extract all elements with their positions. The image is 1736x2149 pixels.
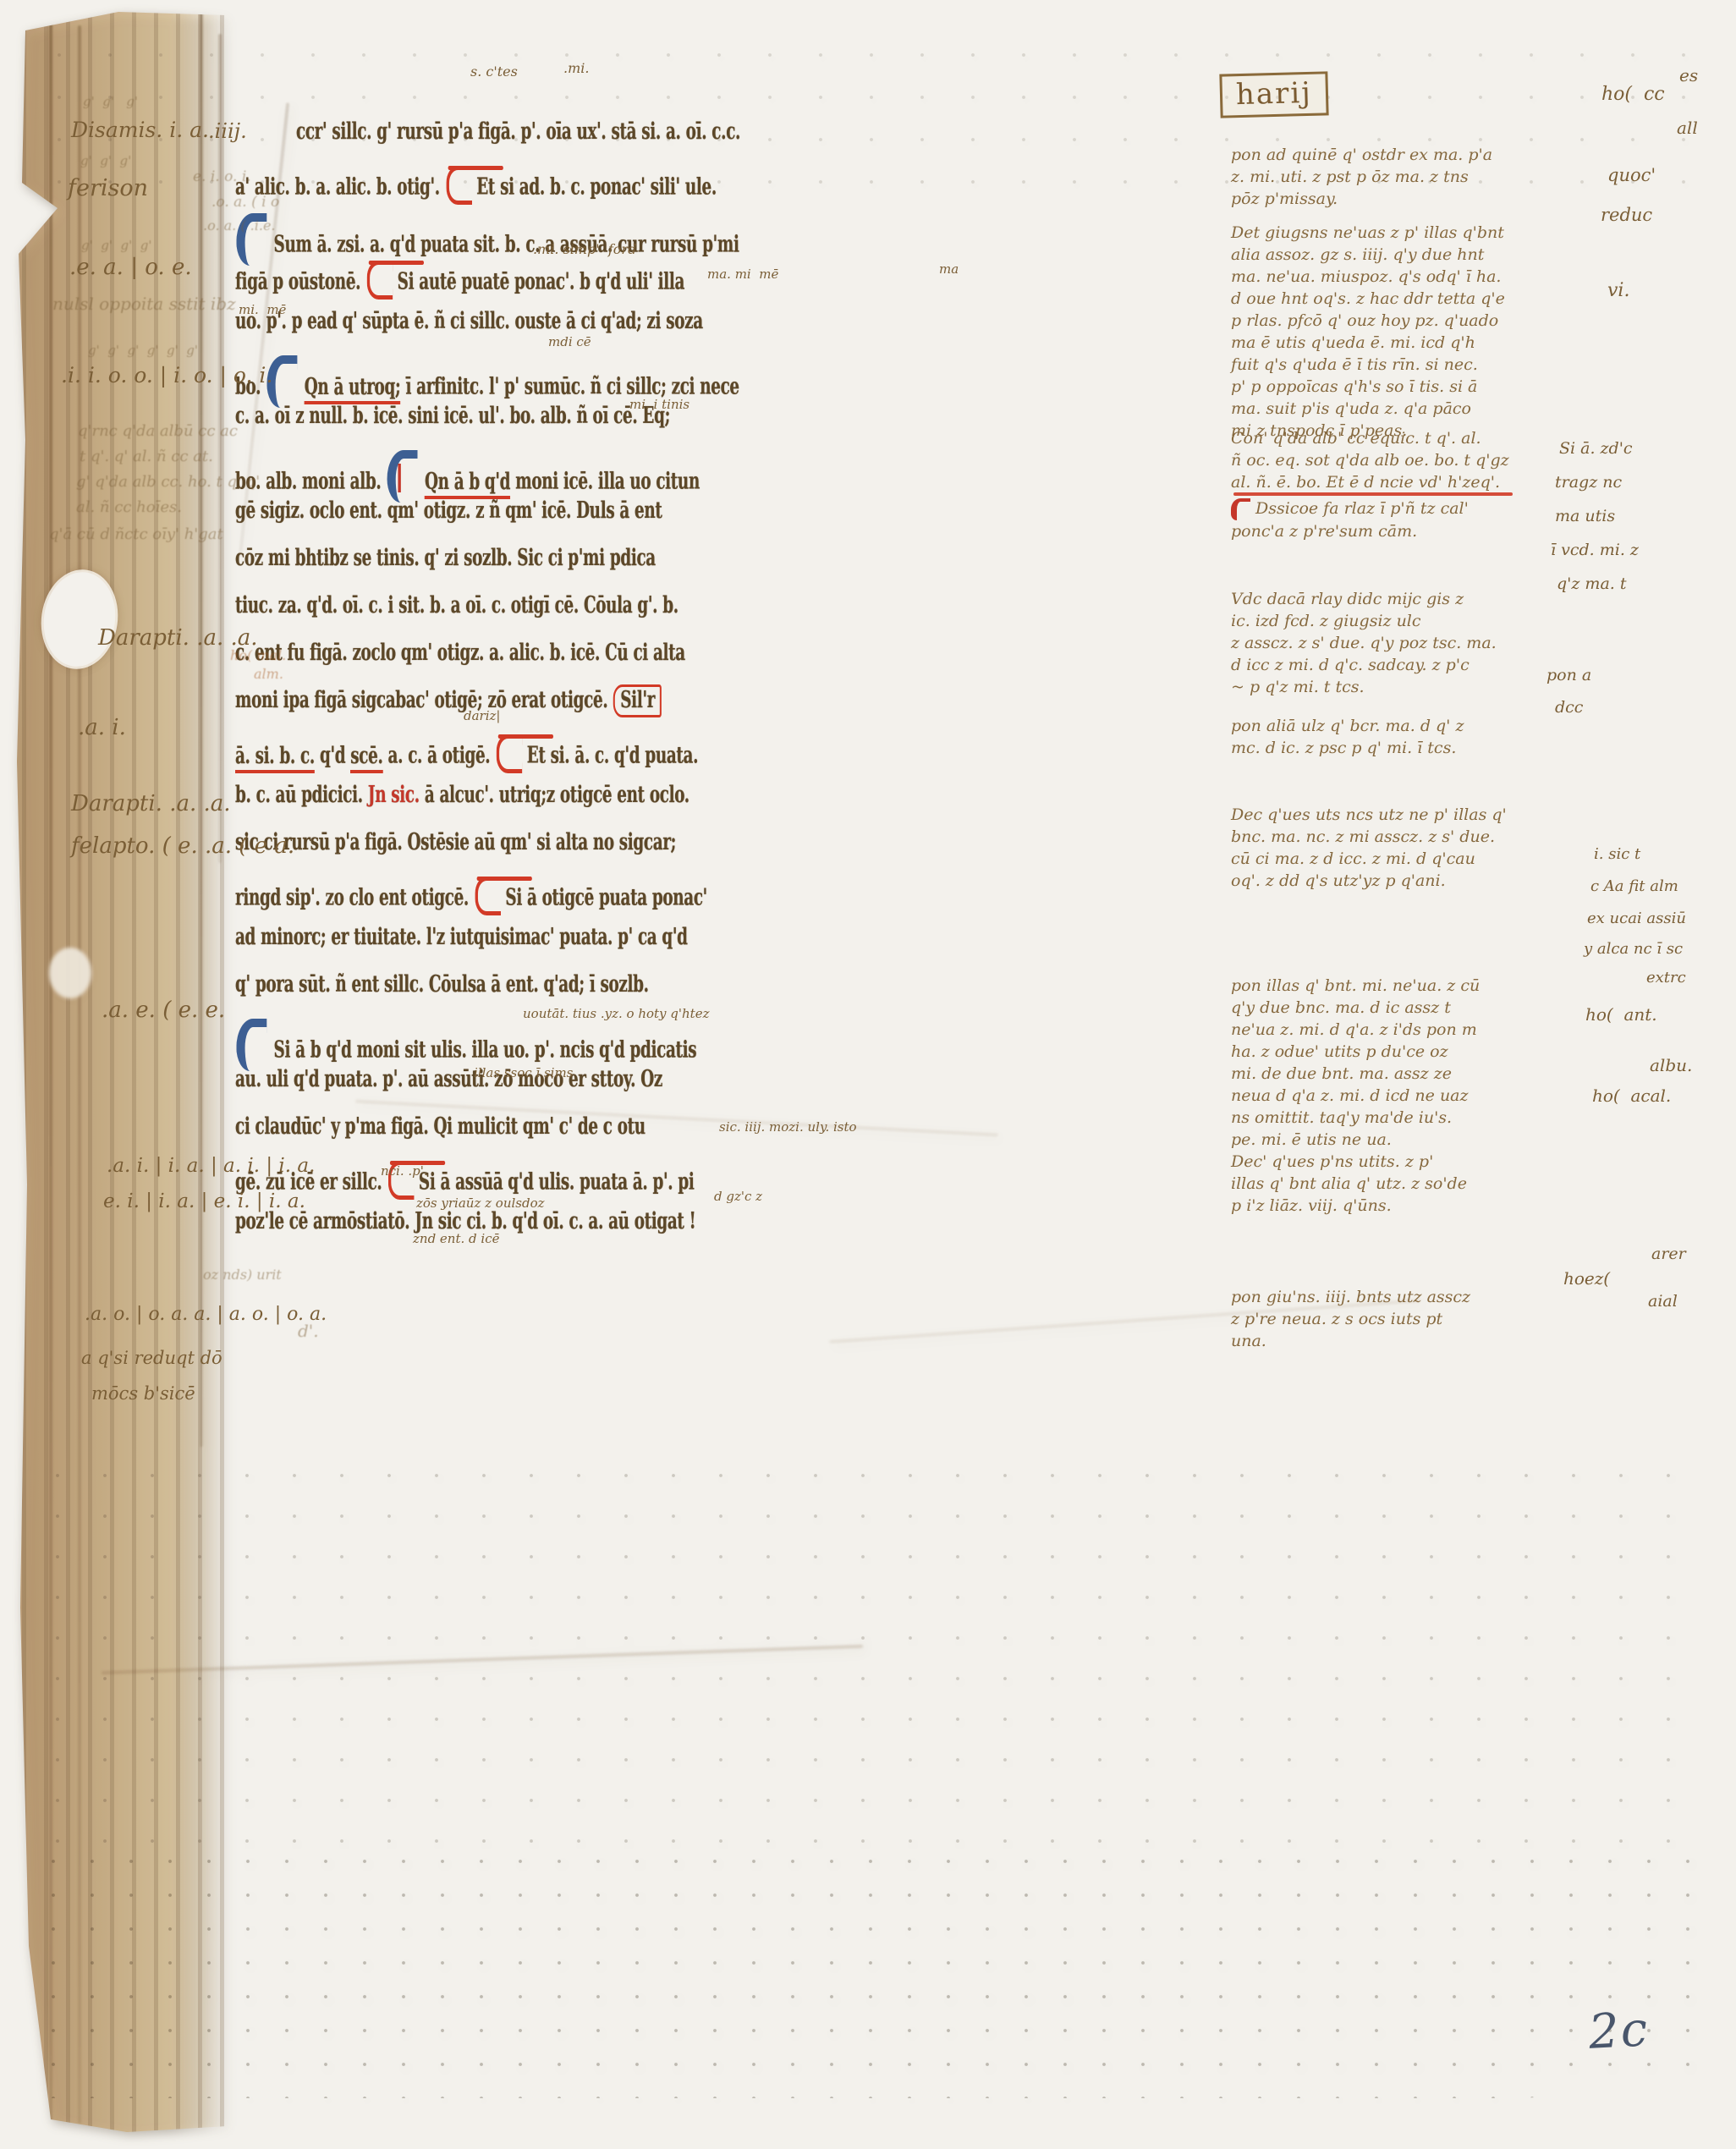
margin-note: e. i. o. i. (193, 169, 251, 185)
gloss-line: Dec' q'ues p'ns utits. z p' (1231, 1151, 1467, 1173)
gloss-line: pon giu'ns. iiij. bnts utz asscz (1231, 1286, 1470, 1308)
text-segment: b. c. aū pdicici. (235, 782, 368, 808)
margin-note: alm. (254, 667, 283, 682)
gloss-line: pon ad quinē q' ostdr ex ma. p'a (1231, 144, 1492, 166)
gloss-line: ha. z odue' utits p du'ce oz (1231, 1041, 1480, 1063)
blue-pilcrow-icon (236, 1019, 266, 1071)
margin-note: dcc (1555, 699, 1583, 717)
text-segment: cōz mi bhtibz se tinis. q' zi sozlb. Sic… (235, 545, 656, 571)
margin-note: q'rnc q'da albū cc ac (78, 423, 238, 440)
quire-mark-label: harij (1235, 76, 1312, 112)
margin-note: .mi. (563, 61, 589, 76)
gloss-paragraph: Vdc dacā rlay didc mijc gis zic. izd fcd… (1231, 588, 1497, 698)
gloss-line: ñ oc. eq. sot q'da alb oe. bo. t q'gz (1231, 449, 1509, 471)
text-segment: ī arfinitc. l' p' sumūc. ñ ci sillc; zci… (400, 374, 739, 400)
margin-note: tragz nc (1555, 474, 1622, 492)
parchment-pores (34, 1455, 1702, 1844)
gloss-line: Dec q'ues uts ncs utz ne p' illas q' (1231, 804, 1507, 826)
text-segment: a. c. ā otigē. (383, 743, 496, 769)
margin-note: albu. (1650, 1056, 1692, 1074)
text-segment: tiuc. za. q'd. oī. c. i sit. b. a oī. c.… (235, 592, 678, 618)
text-line: gē sigiz. oclo ent. qm' otigz. z ñ qm' i… (235, 497, 662, 524)
margin-note: g' g' g' (83, 95, 138, 109)
margin-note: ho( ant. (1585, 1005, 1657, 1024)
margin-note: dariz| (464, 709, 500, 723)
margin-note: g' q'da alb cc. ho. t q' q' (76, 474, 260, 491)
text-segment: scē. (350, 743, 382, 773)
margin-note: .a. i. | i. a. | a. i. | i. a. (107, 1156, 315, 1178)
margin-note: ferison (68, 176, 148, 201)
text-line: ad minorc; er tiuitate. l'z iutquisimac'… (235, 924, 688, 950)
text-segment: figā p oūstonē. (235, 269, 365, 295)
margin-note: all (1677, 118, 1698, 137)
margin-note: .i. i. o. o. | i. o. | o. i. (61, 364, 272, 387)
text-segment: moni icē. illa uo citun (510, 469, 700, 495)
text-segment: ccr' sillc. g' rursū p'a figā. p'. oīa u… (296, 118, 740, 145)
margin-note: d gz'c z (714, 1190, 762, 1204)
margin-note: mi. mē (239, 303, 286, 317)
margin-note: g' g' g' g' (81, 239, 152, 253)
text-segment: gē sigiz. oclo ent. qm' otigz. z ñ qm' i… (235, 497, 662, 524)
gloss-line: p rlas. pfcō q' ouz hoy pz. q'uado (1231, 310, 1505, 332)
text-line: figā p oūstonē. Si autē puatē ponac'. b … (235, 261, 684, 305)
gloss-paragraph: Dec q'ues uts ncs utz ne p' illas q'bnc.… (1231, 804, 1507, 892)
margin-note: reduc (1601, 206, 1652, 226)
gloss-line: ic. izd fcd. z giugsiz ulc (1231, 610, 1497, 632)
margin-note: .iiij. (208, 120, 247, 143)
margin-note: ho( mal. (230, 648, 286, 663)
margin-note: al. ñ cc hoīes. (76, 499, 182, 516)
margin-note: pon a (1546, 667, 1591, 684)
text-line: moni ipa figā sigcabac' otigē; zō erat o… (235, 687, 662, 713)
margin-note: Darapti. .a. .a. (71, 792, 231, 816)
margin-note: sic. iiij. mozi. uly. isto (719, 1120, 857, 1135)
gloss-paragraph: Dec' q'ues p'ns utits. z p'illas q' bnt … (1231, 1151, 1467, 1217)
margin-note: c Aa fit alm (1590, 878, 1678, 895)
text-line: ccr' sillc. g' rursū p'a figā. p'. oīa u… (296, 118, 740, 145)
gloss-line: bnc. ma. nc. z mi asscz. z s' due. (1231, 826, 1507, 848)
margin-note: mdi cē (548, 335, 591, 349)
text-line: c. a. oī z null. b. icē. sini icē. ul'. … (235, 403, 670, 429)
text-segment: ci claudūc' y p'ma figā. Qi mulicit qm' … (235, 1113, 646, 1140)
margin-note: hoez( (1563, 1269, 1610, 1288)
margin-note: oz nds) urit (203, 1267, 282, 1283)
gloss-paragraph: pon illas q' bnt. mi. ne'ua. z cūq'y due… (1231, 975, 1480, 1151)
text-line: ā. si. b. c. q'd scē. a. c. ā otigē. Et … (235, 734, 698, 778)
text-segment: Sil'r (613, 684, 661, 717)
margin-note: ex ucai assiū (1587, 910, 1686, 927)
margin-note: .a. e. ( e. e. (102, 998, 225, 1023)
margin-note: d'. (298, 1322, 319, 1340)
margin-note: ho( acal. (1592, 1086, 1671, 1105)
gloss-line: ne'ua z. mi. d q'a. z i'ds pon m (1231, 1019, 1480, 1041)
margin-note: g' g' g' (80, 154, 131, 168)
margin-note: uoutāt. tius .yz. o hoty q'htez (523, 1007, 709, 1021)
gloss-line: mi. de due bnt. ma. assz ze (1231, 1063, 1480, 1085)
text-segment: Et si ad. b. c. ponac' sili' ule. (476, 174, 717, 201)
gloss-line: Det giugsns ne'uas z p' illas q'bnt (1231, 222, 1505, 244)
gloss-line: mc. d ic. z psc p q' mi. ī tcs. (1231, 737, 1464, 759)
gloss-line: pon illas q' bnt. mi. ne'ua. z cū (1231, 975, 1480, 997)
gloss-line: oq'. z dd q's utz'yz p q'ani. (1231, 870, 1507, 892)
scanned-page: harij ccr' sillc. g' rursū p'a figā. p'.… (0, 0, 1736, 2149)
text-segment: c. a. oī z null. b. icē. sini icē. ul'. … (235, 403, 670, 429)
gloss-paragraph: Dssicoe fa rlaz ī p'ñ tz cal'ponc'a z p'… (1231, 497, 1469, 542)
text-segment: ā alcuc'. utriq;z otigcē ent oclo. (420, 782, 689, 808)
gloss-paragraph: pon ad quinē q' ostdr ex ma. p'az. mi. u… (1231, 144, 1492, 210)
gloss-line: al. ñ. ē. bo. Et ē d ncie vd' h'zeq'. (1231, 471, 1509, 493)
gloss-line: z. mi. uti. z pst p ōz ma. z tns (1231, 166, 1492, 188)
gloss-line: ponc'a z p're'sum cām. (1231, 520, 1469, 542)
margin-note: mi. i tinis (629, 398, 689, 412)
margin-note: es (1679, 66, 1698, 85)
gloss-line: pōz p'missay. (1231, 188, 1492, 210)
margin-note: arer (1651, 1245, 1686, 1263)
margin-note: g' g' g' g' g' g' (88, 344, 198, 358)
text-segment: q'd (315, 743, 350, 769)
margin-note: quoc' (1607, 166, 1656, 186)
margin-note: aial (1648, 1293, 1678, 1311)
gloss-line: d oue hnt oq's. z hac ddr tetta q'e (1231, 288, 1505, 310)
margin-note: ho( cc (1601, 85, 1665, 106)
red-pilcrow-icon (367, 261, 393, 300)
text-segment: Si ā otigcē puata ponac' (505, 885, 707, 911)
margin-note: s. c'tes (470, 64, 518, 80)
text-segment: Et si. ā. c. q'd puata. (527, 743, 698, 769)
gloss-paragraph: pon aliā ulz q' bcr. ma. d q' zmc. d ic.… (1231, 715, 1464, 759)
text-segment: q' pora sūt. ñ ent sillc. Cōulsa ā ent. … (235, 971, 649, 998)
text-line: q' pora sūt. ñ ent sillc. Cōulsa ā ent. … (235, 971, 649, 998)
text-line: ci claudūc' y p'ma figā. Qi mulicit qm' … (235, 1113, 646, 1140)
margin-note: .a. i. (78, 716, 126, 740)
folio-number-label: 2c (1587, 2002, 1650, 2060)
margin-note: extrc (1646, 970, 1686, 987)
margin-note: nulsl oppoita sstit ibz (52, 294, 236, 313)
gloss-line: neua d q'a z. mi. d icd ne uaz (1231, 1085, 1480, 1107)
parchment-fuzz (49, 948, 91, 998)
margin-note: Si ā. zd'c (1559, 440, 1633, 458)
text-line: tiuc. za. q'd. oī. c. i sit. b. a oī. c.… (235, 592, 678, 618)
margin-note: .a. o. | o. a. a. | a. o. | o. a. (85, 1305, 327, 1326)
margin-note: ī vcd. mi. z (1551, 541, 1639, 559)
text-line: au. uli q'd puata. p'. aū assūti. zō moc… (235, 1066, 662, 1092)
text-segment: moni ipa figā sigcabac' otigē; zō erat o… (235, 687, 613, 713)
text-line: cōz mi bhtibz se tinis. q' zi sozlb. Sic… (235, 545, 656, 571)
margin-note: mōcs b'sicē (91, 1384, 195, 1404)
margin-note: ma (939, 262, 959, 277)
gloss-line: fuit q's q'uda ē ī tis rīn. si nec. (1231, 354, 1505, 376)
red-pilcrow-icon (1231, 498, 1250, 520)
red-pilcrow-icon (446, 166, 472, 205)
text-segment: ad minorc; er tiuitate. l'z iutquisimac'… (235, 924, 688, 950)
gloss-line: z p're neua. z s ocs iuts pt (1231, 1308, 1470, 1330)
text-segment: Jn sic. (368, 782, 420, 808)
red-underline (1233, 492, 1513, 496)
gloss-line: q'y due bnc. ma. d ic assz t (1231, 997, 1480, 1019)
gloss-paragraph: Det giugsns ne'uas z p' illas q'bntalia … (1231, 222, 1505, 442)
margin-note: nci. .p'. (381, 1164, 428, 1179)
margin-note: .o. a. ( i o (212, 195, 279, 211)
text-segment: ringd sip'. zo clo ent otigcē. (235, 885, 474, 911)
gloss-line: ma ē utis q'ueda ē. mi. icd q'h (1231, 332, 1505, 354)
text-segment: Sum ā. zsi. a. q'd puata sit. b. c. a as… (274, 232, 739, 258)
text-segment: Si autē puatē ponac'. b q'd uli' illa (398, 269, 684, 295)
text-line: a' alic. b. a. alic. b. otig'. Et si ad.… (235, 166, 717, 210)
margin-note: y alca nc ī sc (1584, 941, 1683, 958)
gloss-line: ma. ne'ua. miuspoz. q's odq' ī ha. (1231, 266, 1505, 288)
margin-note: Disamis. i. a. (71, 118, 209, 142)
text-segment: ā. si. b. c. (235, 743, 315, 773)
gloss-line: ma. suit p'is q'uda z. q'a pāco (1231, 398, 1505, 420)
margin-note: i. sic t (1594, 846, 1640, 863)
parchment-pores (34, 1844, 1702, 2098)
gloss-line: ns omittit. taq'y ma'de iu's. (1231, 1107, 1480, 1129)
margin-note: .mi. simp' ford (533, 242, 636, 257)
margin-note: illas ssoc ī sims (474, 1066, 573, 1080)
gloss-line: illas q' bnt alia q' utz. z so'de (1231, 1173, 1467, 1195)
text-segment: au. uli q'd puata. p'. aū assūti. zō moc… (235, 1066, 662, 1092)
gloss-line: z asscz. z s' due. q'y poz tsc. ma. (1231, 632, 1497, 654)
text-segment: uo. p'. p ead q' sūpta ē. ñ ci sillc. ou… (235, 308, 703, 334)
margin-note: a q'si reduqt dō (81, 1349, 222, 1369)
margin-note: q'z ma. t (1557, 575, 1627, 593)
text-segment: Si ā b q'd moni sit ulis. illa uo. p'. n… (274, 1037, 697, 1064)
text-line: sic ci rursū p'a figā. Ostēsie aū qm' si… (235, 829, 676, 855)
quire-mark-box: harij (1219, 71, 1328, 118)
margin-note: zōs yriaūz z oulsdoz (416, 1196, 545, 1211)
gloss-paragraph: Con' q'da alb' cc equic. t q'. al.ñ oc. … (1231, 427, 1509, 493)
blue-pilcrow-icon (387, 450, 418, 503)
margin-note: vi. (1607, 281, 1629, 302)
text-line: ringd sip'. zo clo ent otigcē. Si ā otig… (235, 877, 707, 921)
text-segment: sic ci rursū p'a figā. Ostēsie aū qm' si… (235, 829, 676, 855)
gloss-line: alia assoz. gz s. iiij. q'y due hnt (1231, 244, 1505, 266)
gloss-line: una. (1231, 1330, 1470, 1352)
gloss-line: p' p oppoīcas q'h's so ī tis. si ā (1231, 376, 1505, 398)
margin-note: e. i. | i. a. | e. i. | i. a. (103, 1191, 305, 1213)
gloss-line: p i'z liāz. viij. q'ūns. (1231, 1195, 1467, 1217)
red-pilcrow-icon (475, 877, 501, 915)
margin-note: q'ā cū d ñctc oīy' h'gat (49, 526, 223, 543)
margin-note: ma. mi mē (707, 267, 778, 282)
gloss-line: Vdc dacā rlay didc mijc gis z (1231, 588, 1497, 610)
margin-note: ma utis (1555, 508, 1615, 525)
text-segment: Qn ā utroq; (305, 374, 401, 404)
margin-note: t q'. q' al. ñ cc at. (80, 448, 213, 465)
gloss-line: Con' q'da alb' cc equic. t q'. al. (1231, 427, 1509, 449)
text-line: uo. p'. p ead q' sūpta ē. ñ ci sillc. ou… (235, 308, 703, 334)
gloss-line: cū ci ma. z d icc. z mi. d q'cau (1231, 848, 1507, 870)
folio-number: 2c (1587, 2002, 1650, 2060)
text-segment: Si ā assūā q'd ulis. puata ā. p'. pi (419, 1169, 695, 1195)
red-pilcrow-icon (497, 734, 523, 773)
margin-note: .e. a. | o. e. (69, 256, 192, 280)
margin-note: znd ent. d icē (413, 1232, 499, 1246)
text-line: b. c. aū pdicici. Jn sic. ā alcuc'. utri… (235, 782, 689, 808)
gloss-line: pon aliā ulz q' bcr. ma. d q' z (1231, 715, 1464, 737)
gloss-paragraph: pon giu'ns. iiij. bnts utz assczz p're n… (1231, 1286, 1470, 1352)
gloss-line: Dssicoe fa rlaz ī p'ñ tz cal' (1231, 497, 1469, 520)
gloss-line: pe. mi. ē utis ne ua. (1231, 1129, 1480, 1151)
margin-note: felapto. ( e. .a. ( e a. (71, 834, 294, 859)
gloss-line: d icc z mi. d q'c. sadcay. z p'c (1231, 654, 1497, 676)
text-line: c. ent fu figā. zoclo qm' otigz. a. alic… (235, 640, 685, 666)
text-segment: Qn ā b q'd (425, 469, 510, 499)
gloss-line: ~ p q'z mi. t tcs. (1231, 676, 1497, 698)
margin-note: .o. a. ( .i.e. (203, 218, 276, 234)
text-segment: c. ent fu figā. zoclo qm' otigz. a. alic… (235, 640, 685, 666)
